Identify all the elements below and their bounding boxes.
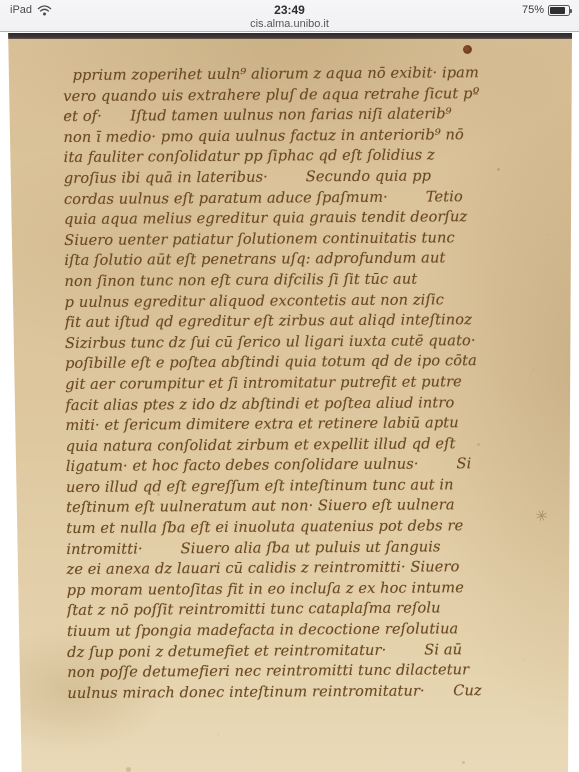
url-label[interactable]: cis.alma.unibo.it	[0, 18, 579, 30]
battery-icon	[548, 5, 570, 16]
status-right-group: 75%	[522, 4, 570, 16]
battery-fill	[550, 7, 565, 14]
manuscript-line: uulnus mirach donec inteſtinum reintromi…	[67, 680, 563, 704]
status-center-group: 23:49 cis.alma.unibo.it	[0, 0, 579, 30]
manuscript-page-image[interactable]: ✳ pprium zoperihet uuln⁹ aliorum z aqua …	[7, 33, 572, 772]
status-bar: iPad 23:49 cis.alma.unibo.it 75%	[0, 0, 579, 32]
battery-nub	[570, 9, 572, 13]
battery-percent: 75%	[522, 4, 544, 16]
ink-dot	[463, 45, 472, 54]
clock: 23:49	[0, 4, 579, 16]
manuscript-text-block: pprium zoperihet uuln⁹ aliorum z aqua nō…	[63, 63, 563, 705]
page-top-edge	[7, 33, 572, 39]
